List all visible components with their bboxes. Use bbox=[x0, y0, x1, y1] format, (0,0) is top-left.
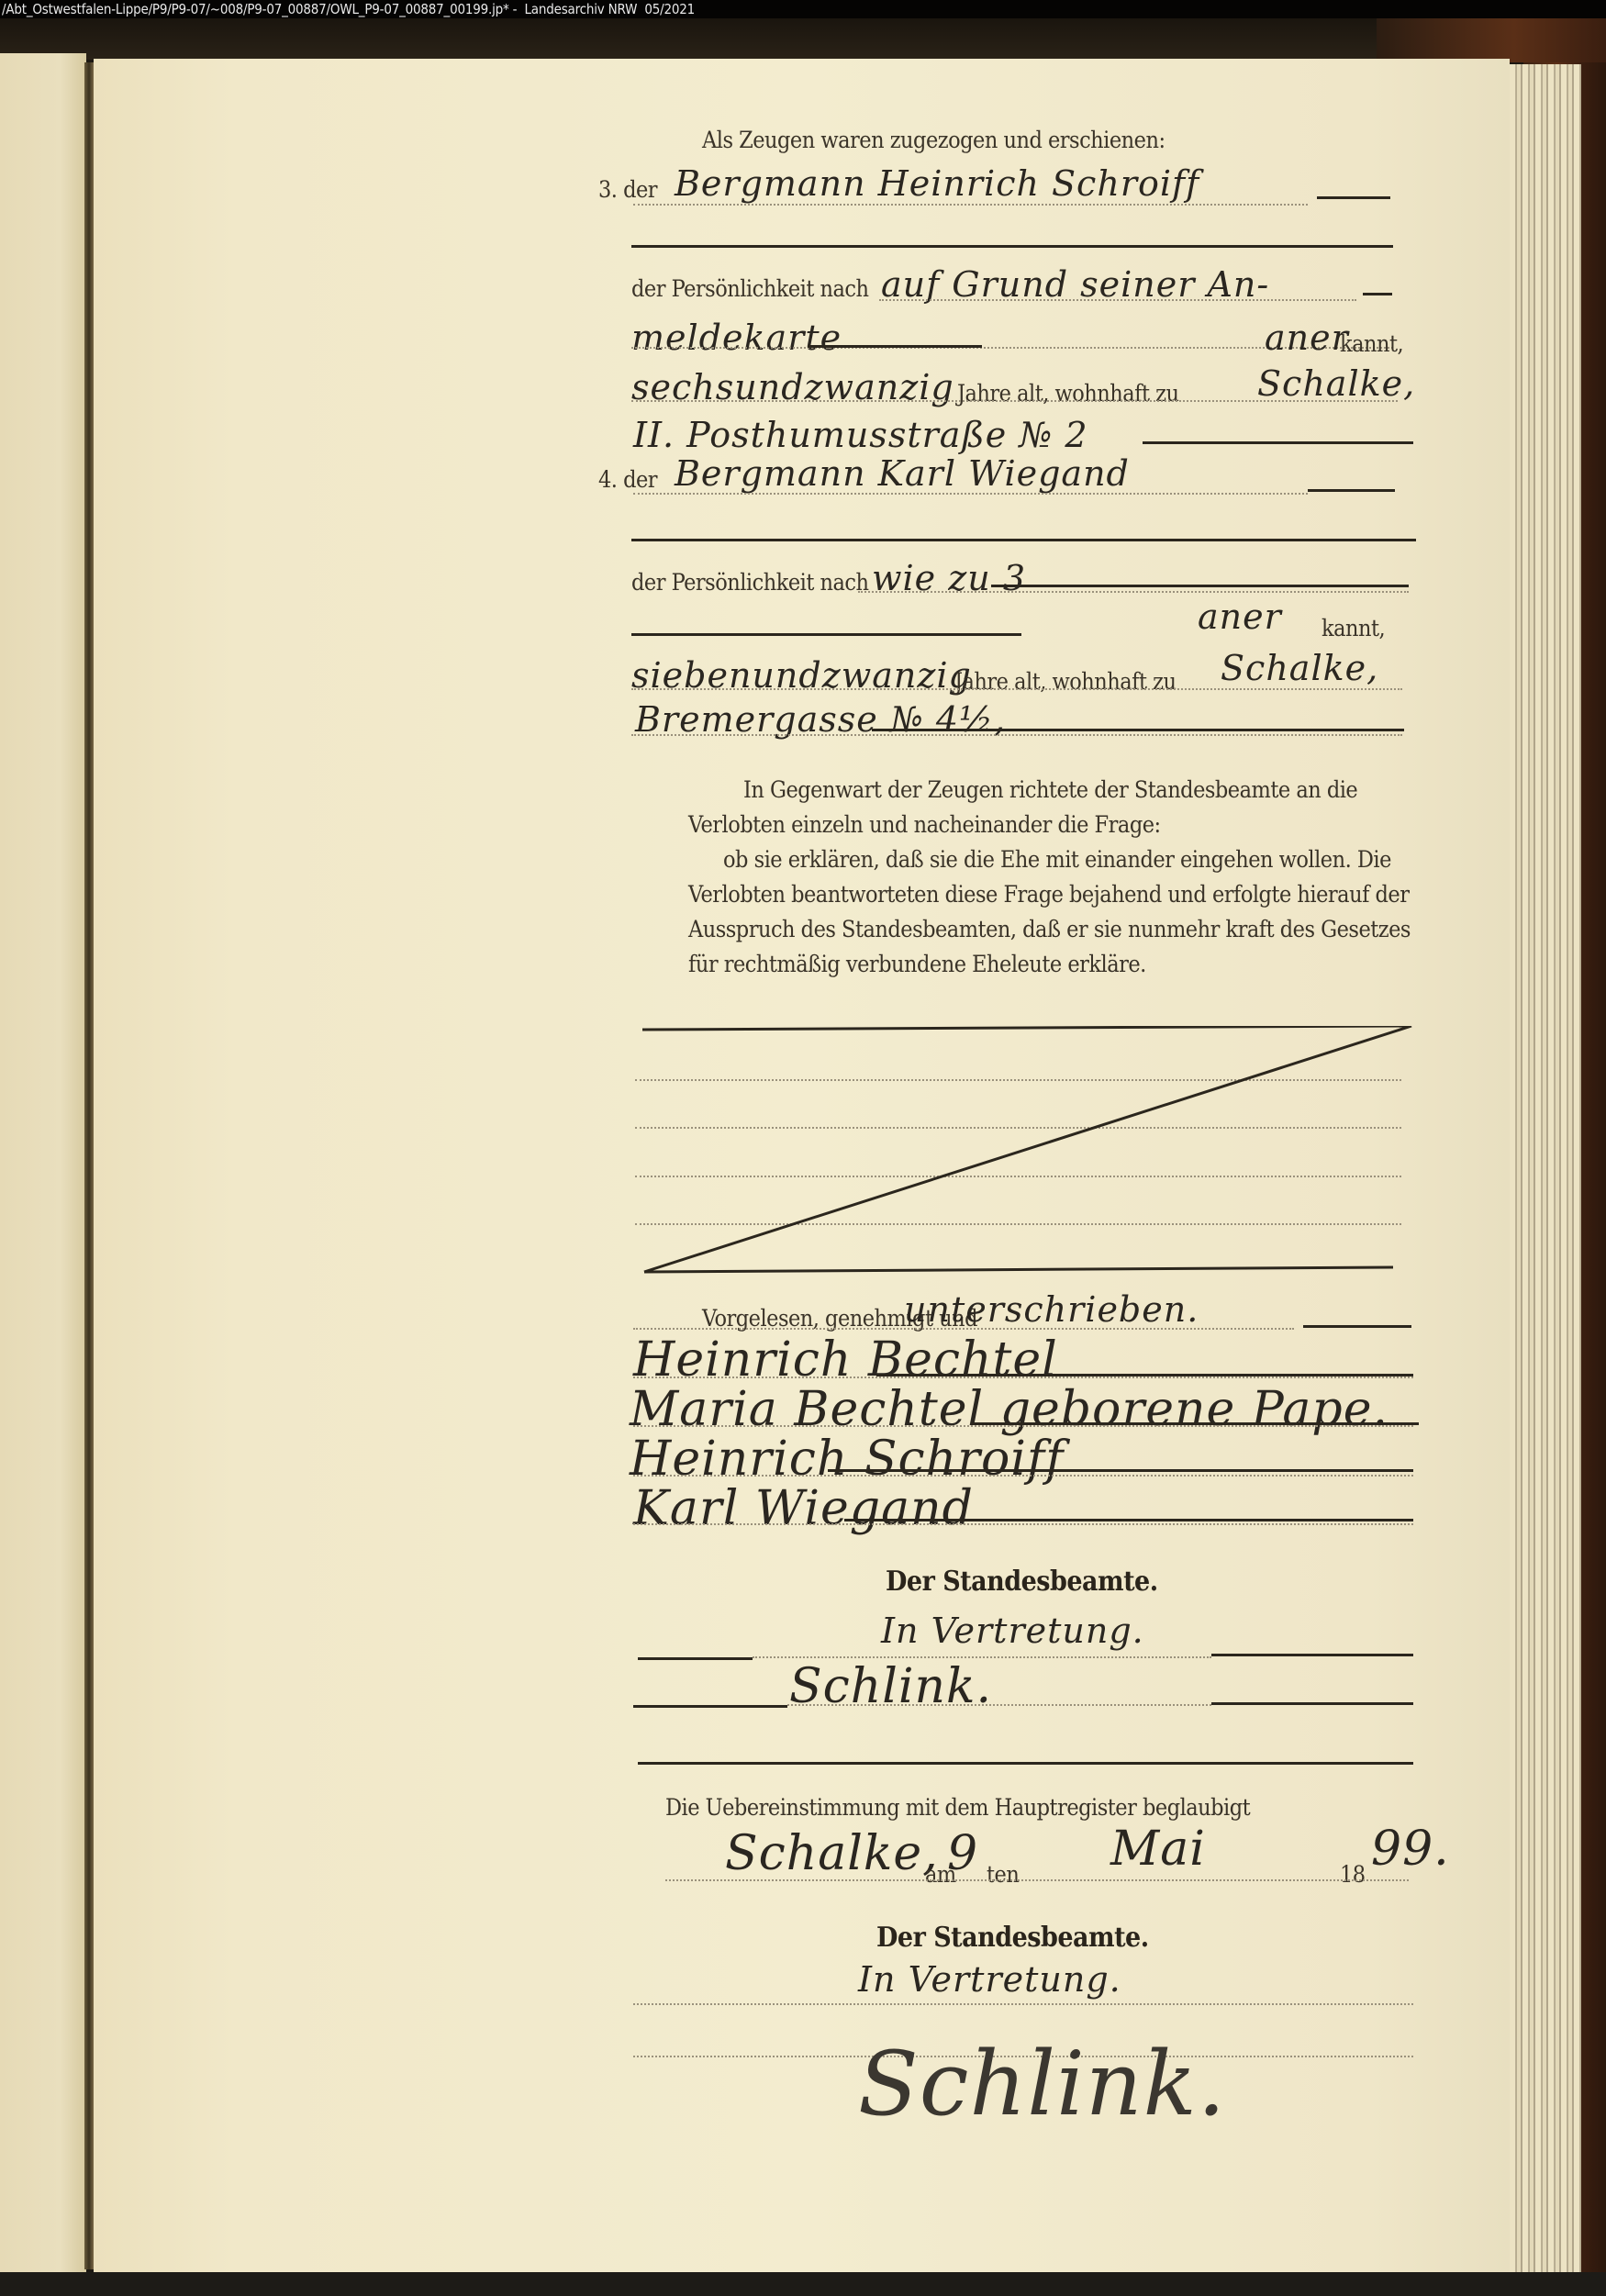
witness4-name: Bergmann Karl Wiegand bbox=[675, 453, 1130, 494]
dotted-line bbox=[633, 204, 1308, 206]
fill-line bbox=[1303, 1325, 1411, 1328]
declaration-line-3: ob sie erklären, daß sie die Ehe mit ein… bbox=[723, 842, 1391, 877]
fill-line bbox=[638, 1657, 753, 1660]
cert-month-hw: Mai bbox=[1110, 1822, 1206, 1877]
registrar2-signature: Schlink. bbox=[858, 2033, 1226, 2135]
witness3-known-hw: aner bbox=[1265, 318, 1349, 358]
dotted-line bbox=[631, 688, 1402, 690]
witness3-residence-hw: Schalke, bbox=[1257, 363, 1415, 404]
declaration-line-4: Verlobten beantworteten diese Frage beja… bbox=[688, 877, 1409, 912]
fill-line bbox=[828, 1469, 1413, 1472]
fill-line bbox=[1308, 489, 1395, 492]
registrar-note-hw: In Vertretung. bbox=[881, 1611, 1144, 1651]
signature-3: Heinrich Schroiff bbox=[630, 1432, 1064, 1487]
registrar-signature-hw: Schlink. bbox=[789, 1659, 992, 1714]
dotted-line bbox=[631, 734, 1402, 736]
rule-line bbox=[638, 1762, 1413, 1765]
registrar2-note-hw: In Vertretung. bbox=[858, 1959, 1121, 2000]
dotted-line bbox=[633, 1523, 1413, 1525]
declaration-line-5: Ausspruch des Standesbeamten, daß er sie… bbox=[688, 912, 1411, 947]
window-title-bar: /Abt_Ostwestfalen-Lippe/P9/P9-07/~008/P9… bbox=[0, 0, 1606, 18]
witness4-number: 4. der bbox=[598, 466, 657, 493]
dotted-line bbox=[633, 1376, 1413, 1378]
witness3-name: Bergmann Heinrich Schroiff bbox=[675, 163, 1199, 204]
witness4-known-hw: aner bbox=[1198, 596, 1282, 637]
scan-background-top bbox=[0, 18, 1606, 60]
witness4-identity-label: der Persönlichkeit nach bbox=[631, 569, 868, 596]
fill-line bbox=[1363, 293, 1392, 295]
certification-label: Die Uebereinstimmung mit dem Hauptregist… bbox=[665, 1794, 1250, 1821]
dotted-line bbox=[753, 1656, 1211, 1658]
dotted-line bbox=[633, 1328, 1294, 1330]
dotted-line bbox=[633, 493, 1308, 495]
cert-ten: ten bbox=[987, 1861, 1019, 1888]
book-gutter bbox=[84, 62, 94, 2269]
dotted-line bbox=[633, 1475, 1413, 1477]
dotted-line bbox=[665, 1879, 1409, 1881]
cert-day-hw: 9 bbox=[947, 1826, 978, 1881]
fill-line bbox=[872, 729, 1404, 731]
registrar-heading: Der Standesbeamte. bbox=[886, 1566, 1158, 1598]
witness4-known-label: kannt, bbox=[1322, 615, 1385, 641]
fill-line bbox=[876, 1374, 1413, 1376]
scan-background-bottom bbox=[0, 2272, 1606, 2296]
declaration-line-6: für rechtmäßig verbundene Eheleute erklä… bbox=[688, 947, 1146, 982]
dotted-line bbox=[633, 2003, 1413, 2005]
declaration-line-2: Verlobten einzeln und nacheinander die F… bbox=[688, 808, 1161, 842]
dotted-line bbox=[858, 591, 1409, 593]
witness3-age-label: Jahre alt, wohnhaft zu bbox=[957, 380, 1179, 407]
fill-line bbox=[1211, 1654, 1413, 1656]
dotted-line bbox=[631, 400, 1398, 402]
book-cover-top bbox=[1377, 18, 1606, 62]
dotted-line bbox=[633, 1425, 1413, 1427]
fill-line bbox=[1317, 196, 1390, 199]
witness3-identity-hw-2: meldekarte bbox=[631, 318, 842, 358]
registrar2-heading: Der Standesbeamte. bbox=[876, 1922, 1149, 1954]
declaration-line-1: In Gegenwart der Zeugen richtete der Sta… bbox=[743, 773, 1357, 808]
signature-1: Heinrich Bechtel bbox=[633, 1332, 1058, 1388]
fill-line bbox=[971, 1422, 1419, 1425]
fill-line bbox=[1211, 1702, 1413, 1705]
fill-line bbox=[844, 1519, 1413, 1521]
fill-line bbox=[633, 1705, 787, 1708]
witness4-age-label: Jahre alt, wohnhaft zu bbox=[954, 668, 1177, 695]
cert-place-hw: Schalke, bbox=[725, 1826, 939, 1881]
dotted-line bbox=[787, 1704, 1211, 1706]
left-page bbox=[0, 53, 86, 2274]
rule-line bbox=[631, 245, 1393, 248]
witness3-known-label: kannt, bbox=[1340, 330, 1403, 357]
fill-line bbox=[1143, 441, 1413, 444]
signature-4: Karl Wiegand bbox=[633, 1481, 974, 1536]
approval-hw: unterschrieben. bbox=[904, 1289, 1199, 1330]
witness4-residence-hw: Schalke, bbox=[1221, 648, 1378, 688]
fill-line bbox=[631, 633, 1021, 636]
cert-year-prefix: 18 bbox=[1340, 1861, 1366, 1888]
witness3-address-hw: II. Posthumusstraße № 2 bbox=[633, 415, 1088, 455]
fill-line bbox=[991, 585, 1409, 587]
fill-line bbox=[808, 345, 982, 348]
page-edges bbox=[1510, 64, 1581, 2276]
cert-year-hw: 99. bbox=[1371, 1822, 1450, 1877]
signature-2: Maria Bechtel geborene Pape. bbox=[630, 1382, 1389, 1437]
z-cancellation-mark bbox=[642, 1026, 1418, 1274]
witness3-identity-label: der Persönlichkeit nach bbox=[631, 275, 868, 302]
dotted-line bbox=[879, 299, 1356, 301]
witness3-number: 3. der bbox=[598, 176, 657, 203]
rule-line bbox=[631, 539, 1416, 541]
witnesses-heading: Als Zeugen waren zugezogen und erschiene… bbox=[702, 127, 1165, 153]
